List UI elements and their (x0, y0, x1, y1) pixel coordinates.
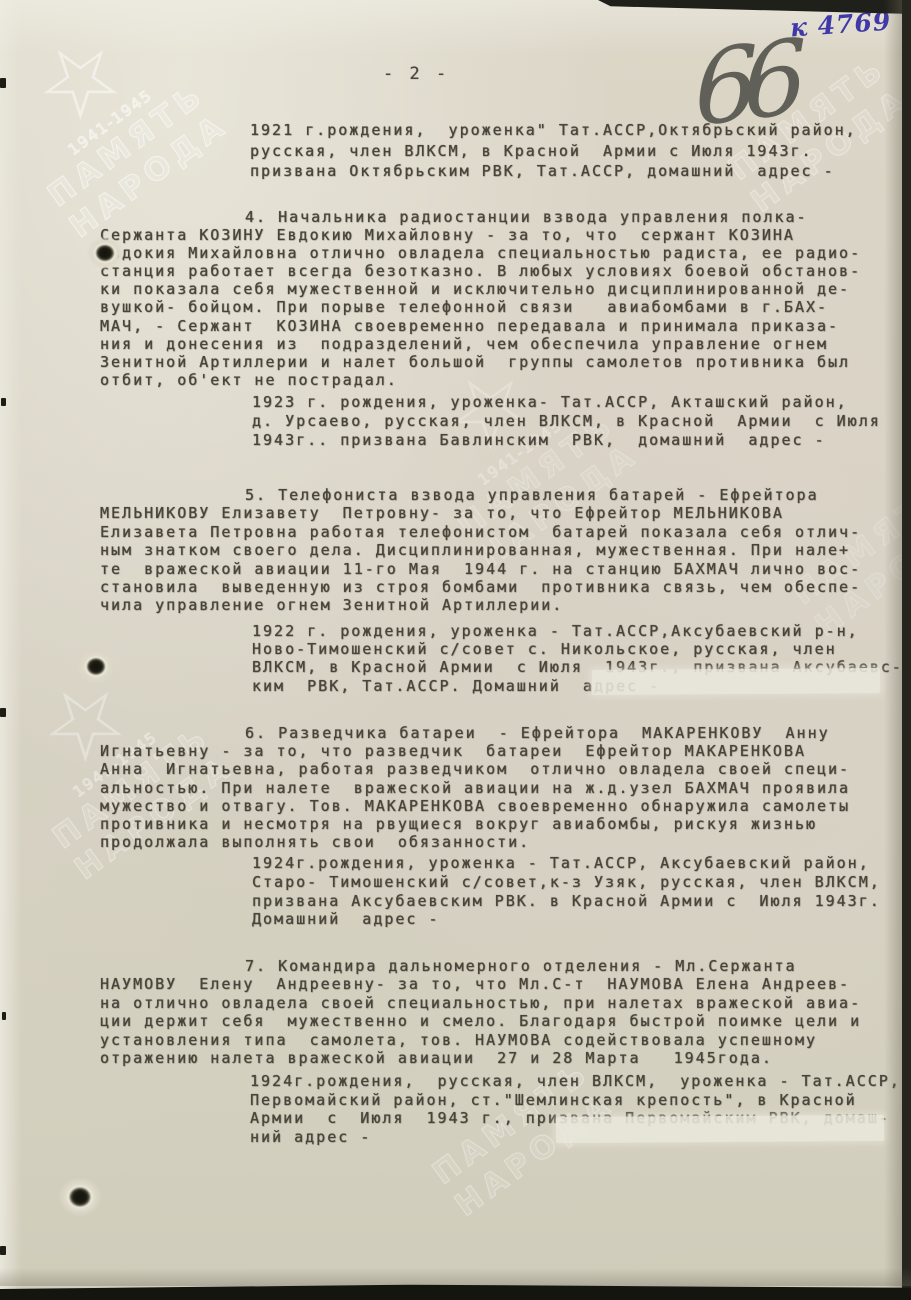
punch-hole (86, 236, 124, 270)
text-line: продолжала выполнять свои обязанности. (100, 833, 850, 851)
paragraph-6-makarenkova: 6. Разведчика батареи - Ефрейтора МАКАРЕ… (100, 724, 850, 851)
paper-speck (0, 78, 6, 88)
paragraph-7-naumova: 7. Командира дальномерного отделения - М… (100, 957, 861, 1067)
text-line: те вражеской авиации 11-го Мая 1944 г. н… (100, 560, 861, 578)
text-line: 1924г.рождения, уроженка - Тат.АССР, Акс… (252, 854, 881, 873)
text-line: альностью. При налете вражеской авиации … (100, 779, 850, 797)
text-line: Сержанта КОЗИНУ Евдокию Михайловну - за … (100, 226, 861, 244)
text-line: установления типа самолета, тов. НАУМОВА… (100, 1031, 861, 1049)
paragraph-5-melnikova: 5. Телефониста взвода управления батарей… (100, 486, 861, 615)
entry-1923: 1923 г. рождения, уроженка- Тат.АССР, Ак… (252, 393, 881, 450)
text-line: 1921 г.рождения, уроженка" Тат.АССР,Октя… (250, 120, 857, 141)
text-line: ции держит себя мужественно и смело. Бла… (100, 1012, 861, 1030)
text-line: вушкой- бойцом. При порыве телефонной св… (100, 298, 861, 316)
paper-speck (1, 398, 6, 406)
punch-hole (58, 1177, 102, 1217)
entry-1921-kozina: 1921 г.рождения, уроженка" Тат.АССР,Октя… (250, 120, 857, 182)
redaction-mark (592, 668, 880, 695)
text-line: Первомайский район, ст."Шемлинская крепо… (250, 1091, 901, 1110)
text-line: МЕЛЬНИКОВУ Елизавету Петровну- за то, чт… (100, 504, 861, 522)
text-line: 6. Разведчика батареи - Ефрейтора МАКАРЕ… (100, 724, 850, 742)
redaction-mark (556, 1115, 884, 1143)
paragraph-4-kozina: 4. Начальника радиостанции взвода управл… (100, 208, 861, 389)
text-line: ния и донесения из подразделений, чем об… (100, 335, 861, 353)
text-line: призвана Октябрьским РВК, Тат.АССР, дома… (250, 161, 857, 182)
text-line: отбит, об'ект не пострадал. (100, 371, 861, 389)
text-line: 1922 г. рождения, уроженка - Тат.АССР,Ак… (252, 622, 903, 640)
text-line: 1943г.. призвана Бавлинским РВК, домашни… (252, 431, 881, 450)
watermark-text: ПАМЯТЬ (40, 75, 213, 215)
text-line: 1923 г. рождения, уроженка- Тат.АССР, Ак… (252, 393, 881, 412)
text-line: МАЧ, - Сержант КОЗИНА своевременно перед… (100, 317, 861, 335)
text-line: д. Урсаево, русская, член ВЛКСМ, в Красн… (252, 412, 881, 431)
paper-speck (0, 1246, 6, 1255)
text-line: призвана Аксубаевским РВК. в Красной Арм… (252, 892, 881, 911)
text-line: Игнатьевну - за то, что разведчик батаре… (100, 742, 850, 760)
page-torn-left-edge (0, 0, 22, 1300)
text-line: отражению налета вражеской авиации 27 и … (100, 1049, 861, 1067)
page-edge-right-shadow (884, 0, 902, 1300)
text-line: мужество и отвагу. Тов. МАКАРЕНКОВА свое… (100, 797, 850, 815)
text-line: 4. Начальника радиостанции взвода управл… (100, 208, 861, 226)
text-line: Елизавета Петровна работая телефонистом … (100, 523, 861, 541)
text-line: Анна Игнатьевна, работая разведчиком отл… (100, 760, 850, 778)
text-line: 7. Командира дальномерного отделения - М… (100, 957, 861, 975)
text-line: становила выведенную из строя бомбами пр… (100, 578, 861, 596)
text-line: Евдокия Михайловна отлично овладела спец… (100, 244, 861, 262)
text-line: ным знатком своего дела. Дисциплинирован… (100, 541, 861, 559)
text-line: станция работает всегда безотказно. В лю… (100, 262, 861, 280)
page-edge-bottom-shadow (0, 1268, 911, 1286)
text-line: Домашний адрес - (252, 910, 881, 929)
entry-1924-aksubaevo: 1924г.рождения, уроженка - Тат.АССР, Акс… (252, 854, 881, 929)
text-line: Зенитной Артиллерии и налет большой груп… (100, 353, 861, 371)
text-line: чила управление огнем Зенитной Артиллери… (100, 596, 861, 614)
watermark-years: 1941-1945 (64, 85, 155, 158)
text-line: 1924г.рождения, русская, член ВЛКСМ, уро… (250, 1072, 901, 1091)
punch-hole (77, 649, 115, 684)
scanned-document-page: ☆ 1941-1945 ПАМЯТЬ НАРОДА ☆ 1941-1945 ПА… (0, 0, 911, 1300)
text-line: на отлично овладела своей специальностью… (100, 994, 861, 1012)
page-edge-right (902, 0, 911, 1300)
text-line: 5. Телефониста взвода управления батарей… (100, 486, 861, 504)
text-line: противника и несмотря на рвущиеся вокруг… (100, 815, 850, 833)
paper-speck (0, 708, 6, 717)
text-line: русская, член ВЛКСМ, в Красной Армии с И… (250, 141, 857, 162)
page-number: - 2 - (383, 64, 449, 84)
text-line: ки показала себя мужественной и исключит… (100, 280, 861, 298)
text-line: Старо- Тимошенский с/совет,к-з Узяк, рус… (252, 873, 881, 892)
text-line: Ново-Тимошенский с/совет с. Никольское, … (252, 640, 903, 658)
text-line: НАУМОВУ Елену Андреевну- за то, что Мл.С… (100, 975, 861, 993)
paper-speck (2, 1012, 6, 1020)
